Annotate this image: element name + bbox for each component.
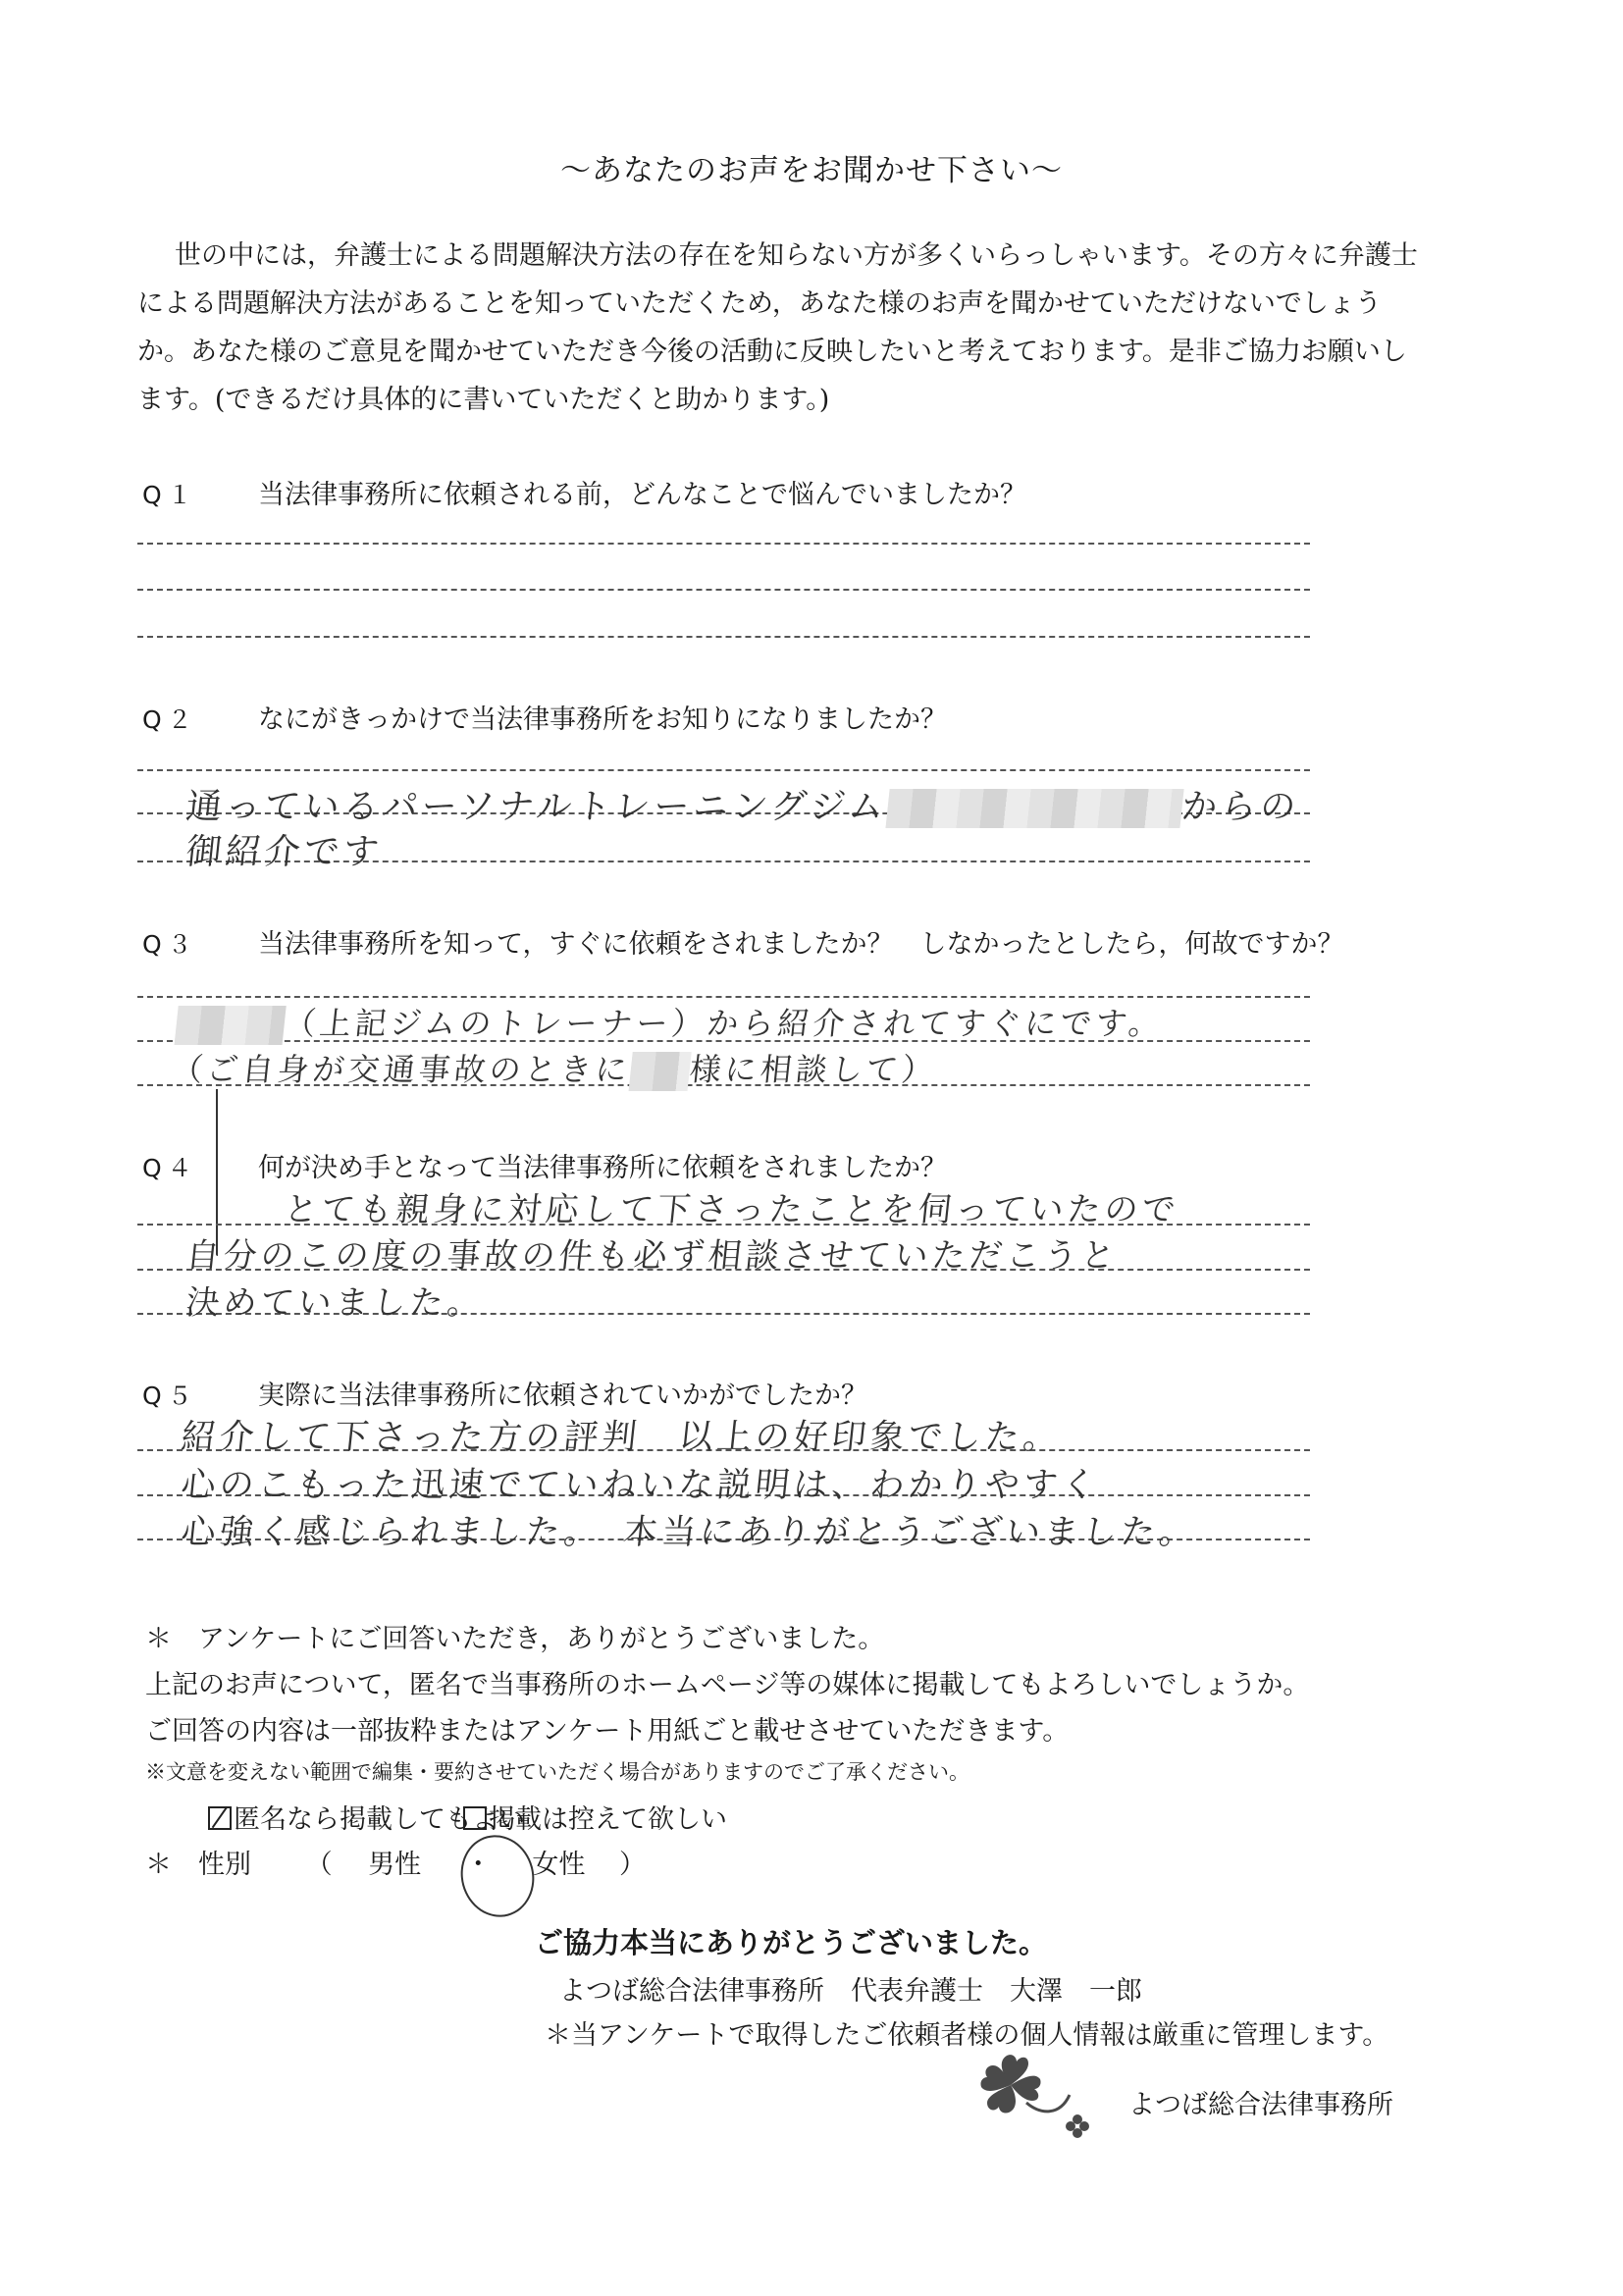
question-number: Q２ [142,701,258,736]
privacy-note: ＊当アンケートで取得したご依頼者様の個人情報は厳重に管理します。 [545,2013,1388,2052]
page-title: 〜あなたのお声をお聞かせ下さい〜 [0,145,1623,189]
answer-line [137,769,1310,771]
redacted-region [885,789,1183,828]
four-leaf-clover-icon [971,2046,1109,2154]
edit-note: ※文意を変えない範囲で編集・要約させていただく場合がありますのでご了承ください。 [145,1756,969,1786]
handwritten-text: （上記ジムのトレーナー）から紹介されてすぐにです。 [283,1005,1166,1042]
handwritten-answer: 決めていました。 [183,1276,487,1324]
handwritten-text: からの [1179,787,1301,827]
handwritten-answer: 通っているパーソナルトレーニングジムからの [183,779,1302,829]
question-2: Q２なにがきっかけで当法律事務所をお知りになりましたか？ [142,698,947,736]
intro-paragraph: 世の中には，弁護士による問題解決方法の存在を知らない方が多くいらっしゃいます。そ… [137,232,1452,424]
question-5: Q５実際に当法律事務所に依頼されていかがでしたか？ [142,1374,867,1412]
question-number: Q５ [142,1377,258,1412]
handwritten-answer: （上記ジムのトレーナー）から紹介されてすぐにです。 [175,999,1167,1045]
handwritten-text: （ご自身が交通事故のときに [170,1051,633,1088]
paren: （ [306,1843,360,1881]
handwritten-answer: 心強く感じられました。 本当にありがとうございました。 [179,1505,1200,1554]
firm-logo-name: よつば総合法律事務所 [1128,2083,1393,2121]
handwritten-answer: 紹介して下さった方の評判 以上の好印象でした。 [179,1410,1064,1459]
handwritten-answer: 自分のこの度の事故の件も必ず相談させていただこうと [183,1228,1121,1277]
intro-line: か。あなた様のご意見を聞かせていただき今後の活動に反映したいと考えております。是… [137,328,1452,376]
answer-line [137,543,1310,545]
handwritten-answer: （ご自身が交通事故のときに様に相談して） [170,1045,940,1091]
question-3: Q３当法律事務所を知って，すぐに依頼をされましたか？ しなかったとしたら，何故で… [142,922,1343,961]
intro-line: ます。(できるだけ具体的に書いていただくと助かります。) [137,376,1452,424]
handwritten-text: 様に相談して） [688,1051,939,1088]
handwritten-answer: 心のこもった迅速でていねいな説明は、わかりやすく [179,1458,1102,1507]
question-number: Q４ [142,1149,258,1184]
gender-option-female[interactable]: 女性 [532,1843,610,1881]
question-number: Q３ [142,925,258,961]
checkbox-icon[interactable] [463,1806,487,1830]
closing-thanks: ご協力本当にありがとうございました。 [535,1921,1047,1961]
question-1: Q１当法律事務所に依頼される前，どんなことで悩んでいましたか？ [142,473,1026,511]
redacted-region [175,1006,287,1045]
answer-line [137,996,1310,998]
question-text: 何が決め手となって当法律事務所に依頼をされましたか？ [258,1153,947,1183]
question-text: 実際に当法律事務所に依頼されていかがでしたか？ [258,1381,867,1411]
handwritten-circle-mark [451,1827,543,1925]
survey-thanks: ＊ アンケートにご回答いただき，ありがとうございました。 [145,1617,884,1655]
intro-line: 世の中には，弁護士による問題解決方法の存在を知らない方が多くいらっしゃいます。そ… [137,232,1452,280]
option-label: 掲載は控えて欲しい [489,1804,727,1835]
question-4: Q４何が決め手となって当法律事務所に依頼をされましたか？ [142,1146,947,1184]
answer-line [137,636,1310,638]
gender-option-male[interactable]: 男性 [368,1843,456,1881]
redacted-region [629,1052,692,1091]
publish-question: 上記のお声について，匿名で当事務所のホームページ等の媒体に掲載してもよろしいでし… [145,1663,1309,1701]
checkbox-checked-icon[interactable] [208,1806,232,1830]
question-text: なにがきっかけで当法律事務所をお知りになりましたか？ [258,704,947,735]
answer-line [137,589,1310,591]
signature: よつば総合法律事務所 代表弁護士 大澤 一郎 [559,1969,1142,2008]
paren: ） [619,1850,646,1880]
question-text: 当法律事務所に依頼される前，どんなことで悩んでいましたか？ [258,480,1026,510]
gender-label: ＊ 性別 [145,1843,297,1881]
publish-note: ご回答の内容は一部抜粋またはアンケート用紙ごと載せさせていただきます。 [145,1709,1069,1748]
handwritten-text: 通っているパーソナルトレーニングジム [184,787,890,827]
handwritten-answer: 御紹介です [183,824,385,874]
publish-option-decline[interactable]: 掲載は控えて欲しい [463,1798,727,1836]
question-text: 当法律事務所を知って，すぐに依頼をされましたか？ しなかったとしたら，何故ですか… [258,929,1343,960]
intro-line: による問題解決方法があることを知っていただくため，あなた様のお声を聞かせていただ… [137,280,1452,328]
gender-row: ＊ 性別 （ 男性 ・ 女性 ） [145,1843,646,1881]
handwritten-answer: とても親身に対応して下さったことを伺っていたので [282,1182,1181,1230]
question-number: Q１ [142,476,258,511]
